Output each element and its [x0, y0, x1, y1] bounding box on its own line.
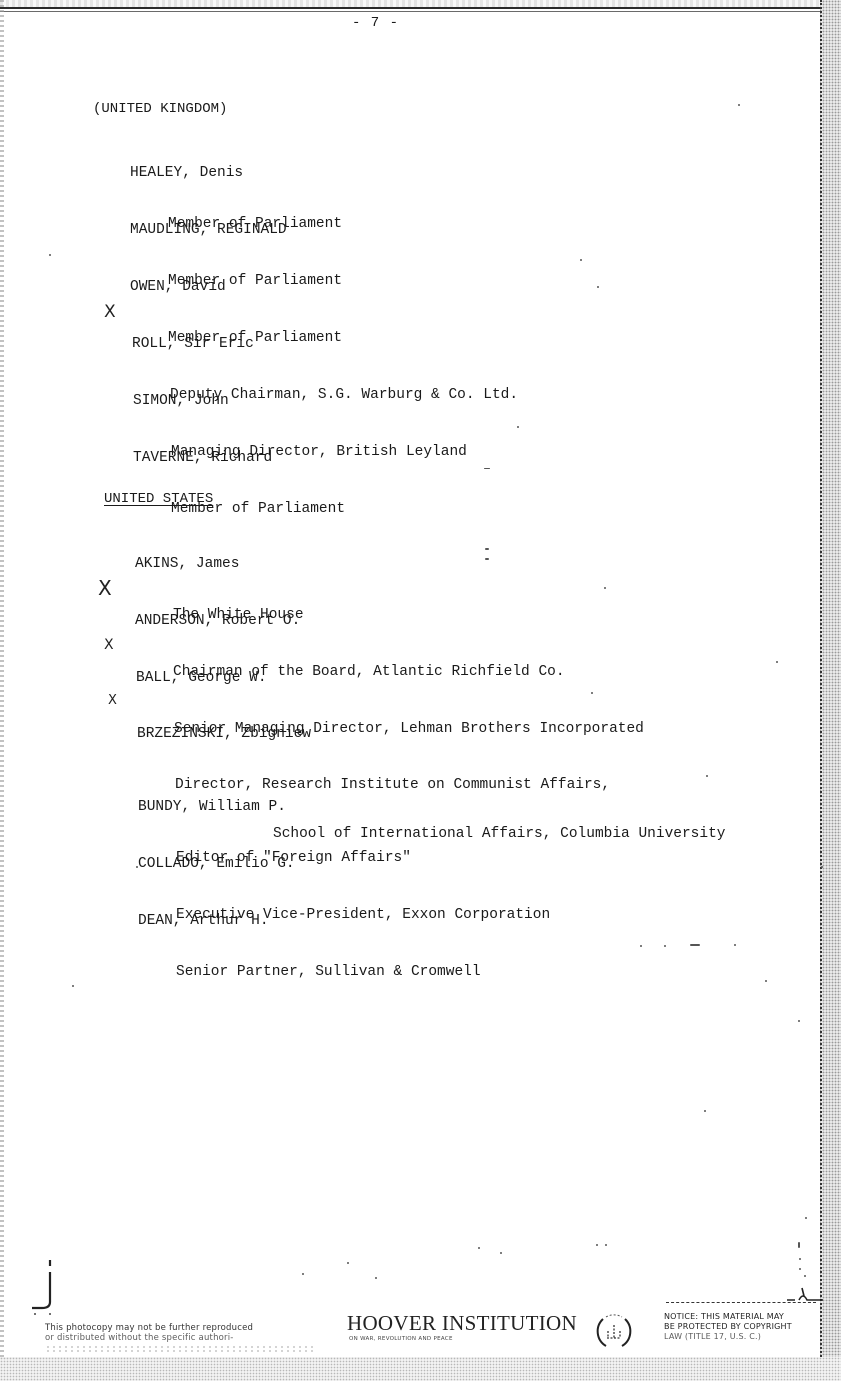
scan-top-rule [0, 7, 822, 9]
scan-speck [704, 1110, 706, 1112]
copyright-notice-line: LAW (TITLE 17, U.S. C.) [664, 1332, 824, 1342]
crop-corner-mark-icon [785, 1284, 825, 1304]
person-name: BALL, George W. [136, 667, 644, 689]
faded-text-line [45, 1345, 315, 1353]
copyright-notice-line: BE PROTECTED BY COPYRIGHT [664, 1322, 824, 1332]
scan-speck [478, 1247, 480, 1249]
scan-speck [605, 1244, 607, 1246]
person-title: Senior Partner, Sullivan & Cromwell [176, 964, 481, 981]
copyright-notice-line: NOTICE: THIS MATERIAL MAY [664, 1312, 824, 1322]
reproduction-notice-line: or distributed without the specific auth… [45, 1333, 335, 1343]
notice-divider [666, 1302, 816, 1304]
scan-left-edge [0, 0, 4, 1381]
person-name: MAUDLING, REGINALD [130, 219, 342, 241]
scan-speck [580, 259, 582, 261]
section-heading-united-kingdom: (UNITED KINGDOM) [93, 101, 227, 117]
list-item: TAVERNE, Richard Member of Parliament [133, 415, 345, 534]
person-name: SIMON, John [133, 390, 467, 412]
scan-speck [640, 945, 642, 947]
person-name: BUNDY, William P. [138, 796, 411, 818]
scan-speck [347, 1262, 349, 1264]
section-heading-united-states: UNITED STATES [104, 491, 213, 507]
copyright-notice: NOTICE: THIS MATERIAL MAY BE PROTECTED B… [664, 1312, 824, 1342]
scan-speck [805, 1217, 807, 1219]
scan-speck [804, 1275, 806, 1277]
scan-speck [597, 286, 599, 288]
scan-speck [690, 944, 700, 946]
person-name: HEALEY, Denis [130, 162, 342, 184]
scan-right-edge [820, 0, 841, 1381]
scan-top-edge [0, 0, 822, 7]
scan-speck [485, 558, 489, 560]
person-name: TAVERNE, Richard [133, 447, 345, 469]
handwritten-x-mark-icon: X [108, 694, 117, 707]
person-name: DEAN, Arthur H. [138, 910, 481, 932]
scan-speck [798, 1020, 800, 1022]
reproduction-notice-line: This photocopy may not be further reprod… [45, 1323, 335, 1333]
scan-speck [798, 1242, 800, 1248]
scan-speck [596, 1244, 598, 1246]
scan-speck [706, 775, 708, 777]
person-name: AKINS, James [135, 553, 304, 575]
scan-speck [49, 254, 51, 256]
handwritten-x-mark-icon: X [104, 638, 114, 652]
scan-bottom-edge [0, 1357, 841, 1381]
person-name: BRZEZINSKI, Zbigniew [137, 723, 725, 745]
scan-speck [136, 866, 138, 868]
institution-subtitle: ON WAR, REVOLUTION AND PEACE [349, 1336, 453, 1342]
scan-speck [776, 661, 778, 663]
crop-corner-mark-icon [30, 1258, 60, 1318]
scan-speck [799, 1258, 801, 1260]
institution-name: HOOVER INSTITUTION [347, 1311, 577, 1336]
scan-speck [500, 1252, 502, 1254]
scan-speck [604, 587, 606, 589]
scan-speck [765, 980, 767, 982]
scan-speck [799, 1268, 801, 1270]
scan-speck [821, 866, 823, 868]
institution-seal-icon [594, 1311, 634, 1351]
scan-speck [72, 985, 74, 987]
scan-speck [738, 104, 740, 106]
person-name: ANDERSON, Robert O. [135, 610, 565, 632]
scan-speck [302, 1273, 304, 1275]
person-name: ROLL, Sir Eric [132, 333, 518, 355]
scan-speck [517, 426, 519, 428]
scan-speck [664, 945, 666, 947]
reproduction-notice: This photocopy may not be further reprod… [45, 1323, 335, 1353]
person-name: OWEN, David [130, 276, 342, 298]
scan-speck [484, 468, 490, 469]
list-item: DEAN, Arthur H. Senior Partner, Sullivan… [138, 878, 481, 997]
scan-speck [485, 548, 489, 550]
page-number: - 7 - [352, 15, 399, 31]
person-name: COLLADO, Emilio G. [138, 853, 550, 875]
scan-top-rule-secondary [0, 11, 822, 12]
handwritten-x-mark-icon: X [104, 304, 116, 321]
scan-speck [375, 1277, 377, 1279]
handwritten-x-mark-icon: X [98, 578, 112, 598]
scan-speck [734, 944, 736, 946]
scan-speck [591, 692, 593, 694]
